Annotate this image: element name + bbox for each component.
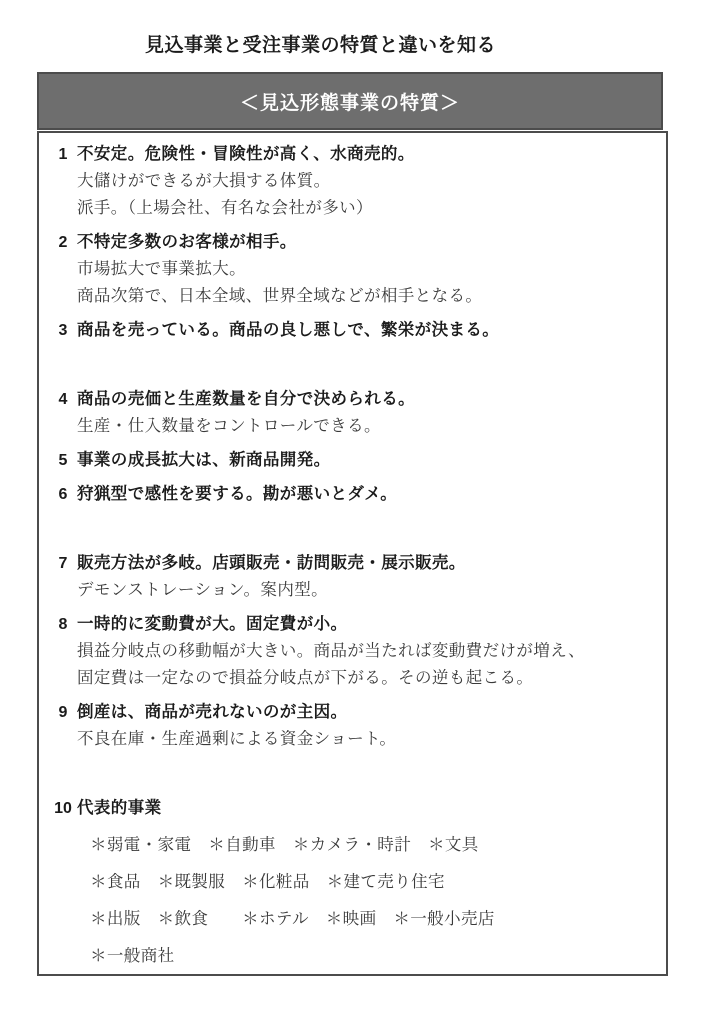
item-number: 10: [49, 795, 77, 975]
item-number: 9: [49, 699, 77, 753]
item-line: 不良在庫・生産過剰による資金ショート。: [77, 726, 650, 753]
item-title: 代表的事業: [77, 795, 650, 822]
item-number: 6: [49, 481, 77, 508]
item-body: 不安定。危険性・冒険性が高く、水商売的。大儲けができるが大損する体質。派手。（上…: [77, 141, 650, 222]
item-body: 販売方法が多岐。店頭販売・訪問販売・展示販売。デモンストレーション。案内型。: [77, 550, 650, 604]
item-number: 8: [49, 611, 77, 692]
list-item: 1不安定。危険性・冒険性が高く、水商売的。大儲けができるが大損する体質。派手。（…: [49, 141, 650, 222]
item-line: 大儲けができるが大損する体質。: [77, 168, 650, 195]
list-item: 2不特定多数のお客様が相手。市場拡大で事業拡大。商品次第で、日本全域、世界全域な…: [49, 229, 650, 310]
item-body: 狩猟型で感性を要する。勘が悪いとダメ。: [77, 481, 650, 508]
item-number: 3: [49, 317, 77, 344]
item-title: 販売方法が多岐。店頭販売・訪問販売・展示販売。: [77, 550, 650, 577]
item-body: 事業の成長拡大は、新商品開発。: [77, 447, 650, 474]
item-line: デモンストレーション。案内型。: [77, 577, 650, 604]
list-item: 9倒産は、商品が売れないのが主因。不良在庫・生産過剰による資金ショート。: [49, 699, 650, 753]
list-item: 10代表的事業＊弱電・家電 ＊自動車 ＊カメラ・時計 ＊文具＊食品 ＊既製服 ＊…: [49, 795, 650, 975]
item-number: 2: [49, 229, 77, 310]
characteristics-list-box: 1不安定。危険性・冒険性が高く、水商売的。大儲けができるが大損する体質。派手。（…: [37, 131, 668, 976]
item-number: 7: [49, 550, 77, 604]
section-header-label: ＜見込形態事業の特質＞: [240, 88, 460, 115]
item-title: 狩猟型で感性を要する。勘が悪いとダメ。: [77, 481, 650, 508]
item-line: 派手。（上場会社、有名な会社が多い）: [77, 195, 650, 222]
document-page: 見込事業と受注事業の特質と違いを知る ＜見込形態事業の特質＞ 1不安定。危険性・…: [0, 0, 710, 1024]
item-line: 生産・仕入数量をコントロールできる。: [77, 413, 650, 440]
item-body: 倒産は、商品が売れないのが主因。不良在庫・生産過剰による資金ショート。: [77, 699, 650, 753]
item-line: 損益分岐点の移動幅が大きい。商品が当たれば変動費だけが増え、: [77, 638, 650, 665]
item-sub-lines: 市場拡大で事業拡大。商品次第で、日本全域、世界全域などが相手となる。: [77, 256, 650, 310]
item-body: 代表的事業＊弱電・家電 ＊自動車 ＊カメラ・時計 ＊文具＊食品 ＊既製服 ＊化粧…: [77, 795, 650, 975]
item-body: 一時的に変動費が大。固定費が小。損益分岐点の移動幅が大きい。商品が当たれば変動費…: [77, 611, 650, 692]
list-item: 4商品の売価と生産数量を自分で決められる。生産・仕入数量をコントロールできる。: [49, 386, 650, 440]
item-sub-lines: 不良在庫・生産過剰による資金ショート。: [77, 726, 650, 753]
item-body: 商品の売価と生産数量を自分で決められる。生産・仕入数量をコントロールできる。: [77, 386, 650, 440]
item-number: 1: [49, 141, 77, 222]
list-item: 5事業の成長拡大は、新商品開発。: [49, 447, 650, 474]
item-body: 商品を売っている。商品の良し悪しで、繁栄が決まる。: [77, 317, 650, 344]
item-line: ＊出版 ＊飲食 ＊ホテル ＊映画 ＊一般小売店: [77, 901, 650, 938]
item-sub-lines: 生産・仕入数量をコントロールできる。: [77, 413, 650, 440]
item-line: ＊一般商社: [77, 938, 650, 975]
item-sub-lines: 大儲けができるが大損する体質。派手。（上場会社、有名な会社が多い）: [77, 168, 650, 222]
item-title: 不安定。危険性・冒険性が高く、水商売的。: [77, 141, 650, 168]
list-item: 8一時的に変動費が大。固定費が小。損益分岐点の移動幅が大きい。商品が当たれば変動…: [49, 611, 650, 692]
item-sub-lines: ＊弱電・家電 ＊自動車 ＊カメラ・時計 ＊文具＊食品 ＊既製服 ＊化粧品 ＊建て…: [77, 827, 650, 975]
item-title: 商品を売っている。商品の良し悪しで、繁栄が決まる。: [77, 317, 650, 344]
item-title: 不特定多数のお客様が相手。: [77, 229, 650, 256]
item-title: 倒産は、商品が売れないのが主因。: [77, 699, 650, 726]
list-item: 6狩猟型で感性を要する。勘が悪いとダメ。: [49, 481, 650, 508]
item-line: 固定費は一定なので損益分岐点が下がる。その逆も起こる。: [77, 665, 650, 692]
item-number: 5: [49, 447, 77, 474]
item-title: 事業の成長拡大は、新商品開発。: [77, 447, 650, 474]
item-title: 商品の売価と生産数量を自分で決められる。: [77, 386, 650, 413]
list-item: 3商品を売っている。商品の良し悪しで、繁栄が決まる。: [49, 317, 650, 344]
item-line: 市場拡大で事業拡大。: [77, 256, 650, 283]
item-line: 商品次第で、日本全域、世界全域などが相手となる。: [77, 283, 650, 310]
item-title: 一時的に変動費が大。固定費が小。: [77, 611, 650, 638]
item-sub-lines: デモンストレーション。案内型。: [77, 577, 650, 604]
page-title: 見込事業と受注事業の特質と違いを知る: [145, 30, 496, 57]
item-number: 4: [49, 386, 77, 440]
numbered-list: 1不安定。危険性・冒険性が高く、水商売的。大儲けができるが大損する体質。派手。（…: [49, 141, 650, 975]
item-line: ＊食品 ＊既製服 ＊化粧品 ＊建て売り住宅: [77, 864, 650, 901]
section-header-bar: ＜見込形態事業の特質＞: [37, 72, 663, 130]
list-item: 7販売方法が多岐。店頭販売・訪問販売・展示販売。デモンストレーション。案内型。: [49, 550, 650, 604]
item-body: 不特定多数のお客様が相手。市場拡大で事業拡大。商品次第で、日本全域、世界全域など…: [77, 229, 650, 310]
item-line: ＊弱電・家電 ＊自動車 ＊カメラ・時計 ＊文具: [77, 827, 650, 864]
item-sub-lines: 損益分岐点の移動幅が大きい。商品が当たれば変動費だけが増え、固定費は一定なので損…: [77, 638, 650, 692]
